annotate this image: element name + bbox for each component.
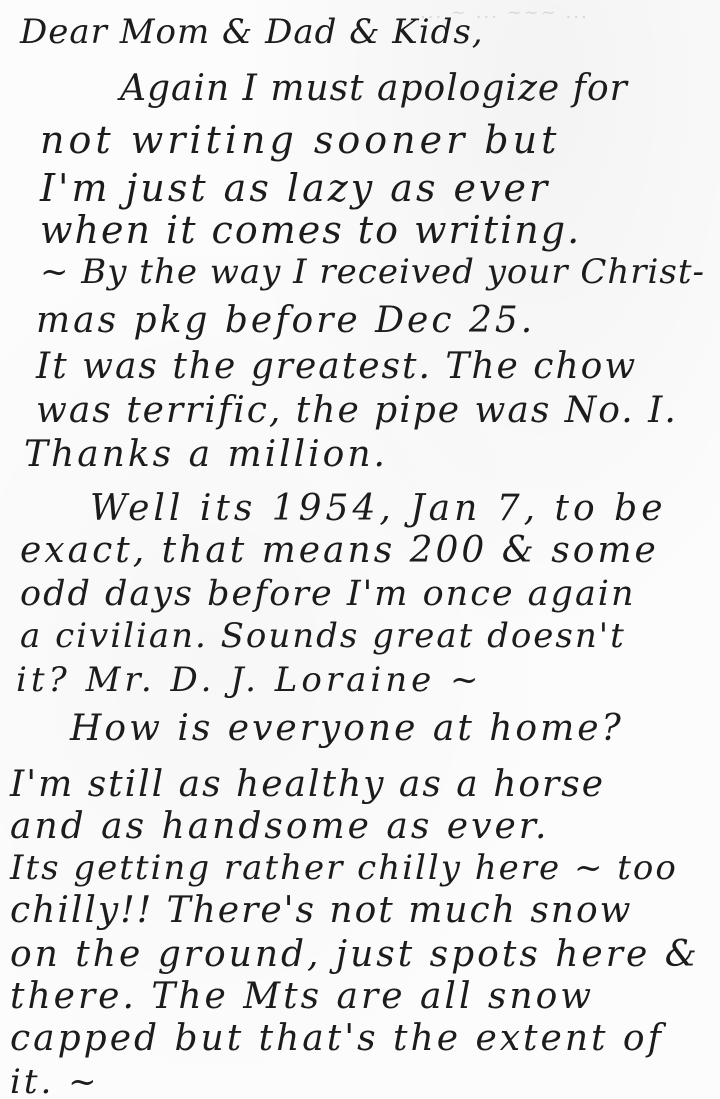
letter-line: odd days before I'm once again bbox=[20, 574, 636, 614]
letter-line: mas pkg before Dec 25. bbox=[36, 300, 535, 341]
letter-line: on the ground, just spots here & bbox=[10, 934, 700, 975]
letter-line-signature: it? Mr. D. J. Loraine ~ bbox=[16, 660, 483, 700]
letter-line: I'm just as lazy as ever bbox=[40, 166, 550, 210]
letter-line: ~ By the way I received your Christ- bbox=[40, 252, 705, 292]
letter-page: ... ~ ... ~~~ ... Dear Mom & Dad & Kids,… bbox=[0, 0, 720, 1099]
letter-line: Its getting rather chilly here ~ too bbox=[10, 848, 678, 888]
letter-line: there. The Mts are all snow bbox=[10, 976, 594, 1017]
letter-line-salutation: Dear Mom & Dad & Kids, bbox=[20, 12, 484, 52]
letter-line: not writing sooner but bbox=[40, 118, 560, 162]
letter-line: when it comes to writing. bbox=[40, 208, 581, 252]
letter-line: Well its 1954, Jan 7, to be bbox=[90, 488, 667, 529]
letter-line: and as handsome as ever. bbox=[10, 806, 549, 847]
letter-line: I'm still as healthy as a horse bbox=[10, 764, 605, 805]
letter-line: exact, that means 200 & some bbox=[20, 530, 659, 571]
letter-line: was terrific, the pipe was No. I. bbox=[36, 390, 678, 431]
letter-line: How is everyone at home? bbox=[70, 708, 624, 749]
letter-line: Again I must apologize for bbox=[120, 68, 628, 109]
letter-line: a civilian. Sounds great doesn't bbox=[20, 616, 626, 656]
letter-line: it. ~ bbox=[10, 1062, 100, 1099]
letter-line: chilly!! There's not much snow bbox=[10, 890, 632, 931]
letter-line: Thanks a million. bbox=[24, 434, 388, 475]
letter-line: capped but that's the extent of bbox=[10, 1018, 664, 1059]
letter-line: It was the greatest. The chow bbox=[36, 346, 637, 387]
